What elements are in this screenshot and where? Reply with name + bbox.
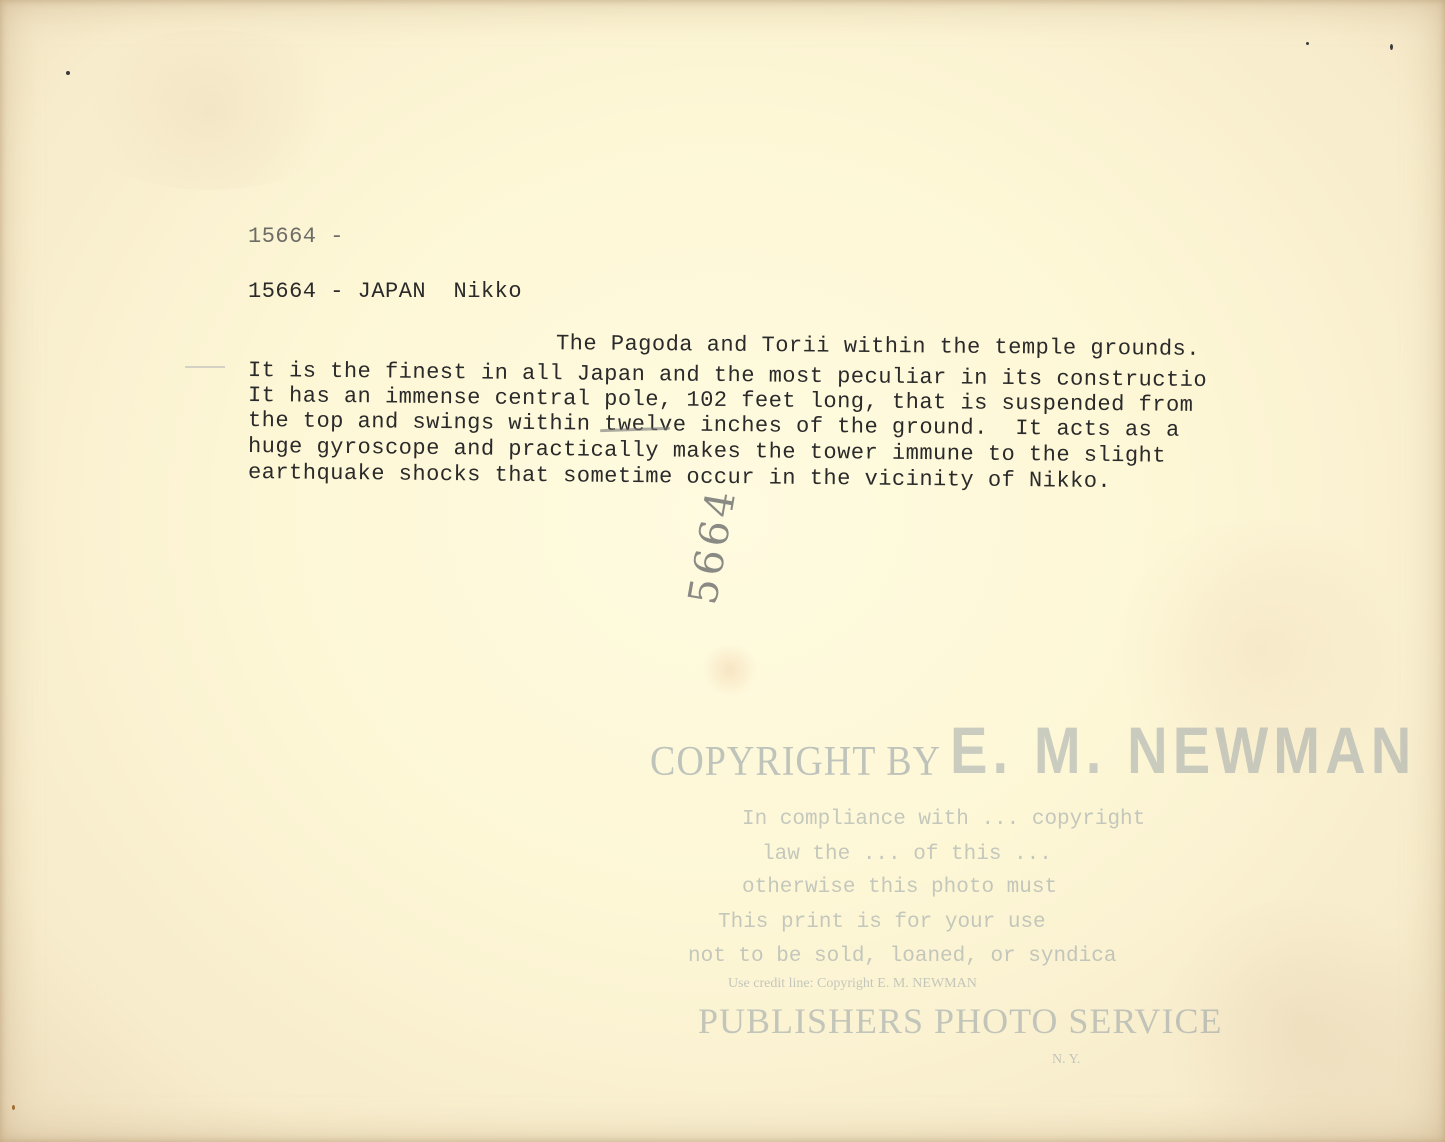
stamp-copyright-holder: E. M. NEWMAN bbox=[950, 712, 1416, 788]
ink-speck bbox=[1306, 42, 1309, 45]
stamp-body-line: otherwise this photo must bbox=[742, 876, 1057, 899]
photo-verso-paper: 15664 - 15664 - JAPAN Nikko The Pagoda a… bbox=[0, 0, 1445, 1142]
stamp-copyright-line: COPYRIGHT BY bbox=[650, 738, 941, 786]
stamp-body-line: This print is for your use bbox=[718, 911, 1046, 934]
stamp-publisher: PUBLISHERS PHOTO SERVICE bbox=[698, 1000, 1223, 1042]
caption-line: The Pagoda and Torii within the temple g… bbox=[556, 331, 1200, 363]
paper-stain bbox=[60, 30, 360, 190]
stamp-body-line: law the ... of this ... bbox=[762, 843, 1052, 866]
stamp-body-line: not to be sold, loaned, or syndica bbox=[688, 945, 1116, 968]
struck-catalog-number: 15664 - bbox=[248, 224, 344, 250]
ink-speck bbox=[66, 71, 70, 75]
ink-speck bbox=[12, 1105, 15, 1110]
stamp-body-line: In compliance with ... copyright bbox=[742, 808, 1145, 831]
ink-speck bbox=[1390, 44, 1393, 50]
paper-stain bbox=[700, 645, 760, 695]
caption-body: The Pagoda and Torii within the temple g… bbox=[0, 0, 55, 208]
margin-mark bbox=[185, 366, 225, 368]
stamp-credit-line: Use credit line: Copyright E. M. NEWMAN bbox=[728, 976, 977, 992]
caption-header: 15664 - JAPAN Nikko bbox=[248, 279, 522, 305]
stamp-publisher-location: N. Y. bbox=[1052, 1052, 1080, 1068]
handwritten-note: 5664 bbox=[680, 484, 746, 608]
